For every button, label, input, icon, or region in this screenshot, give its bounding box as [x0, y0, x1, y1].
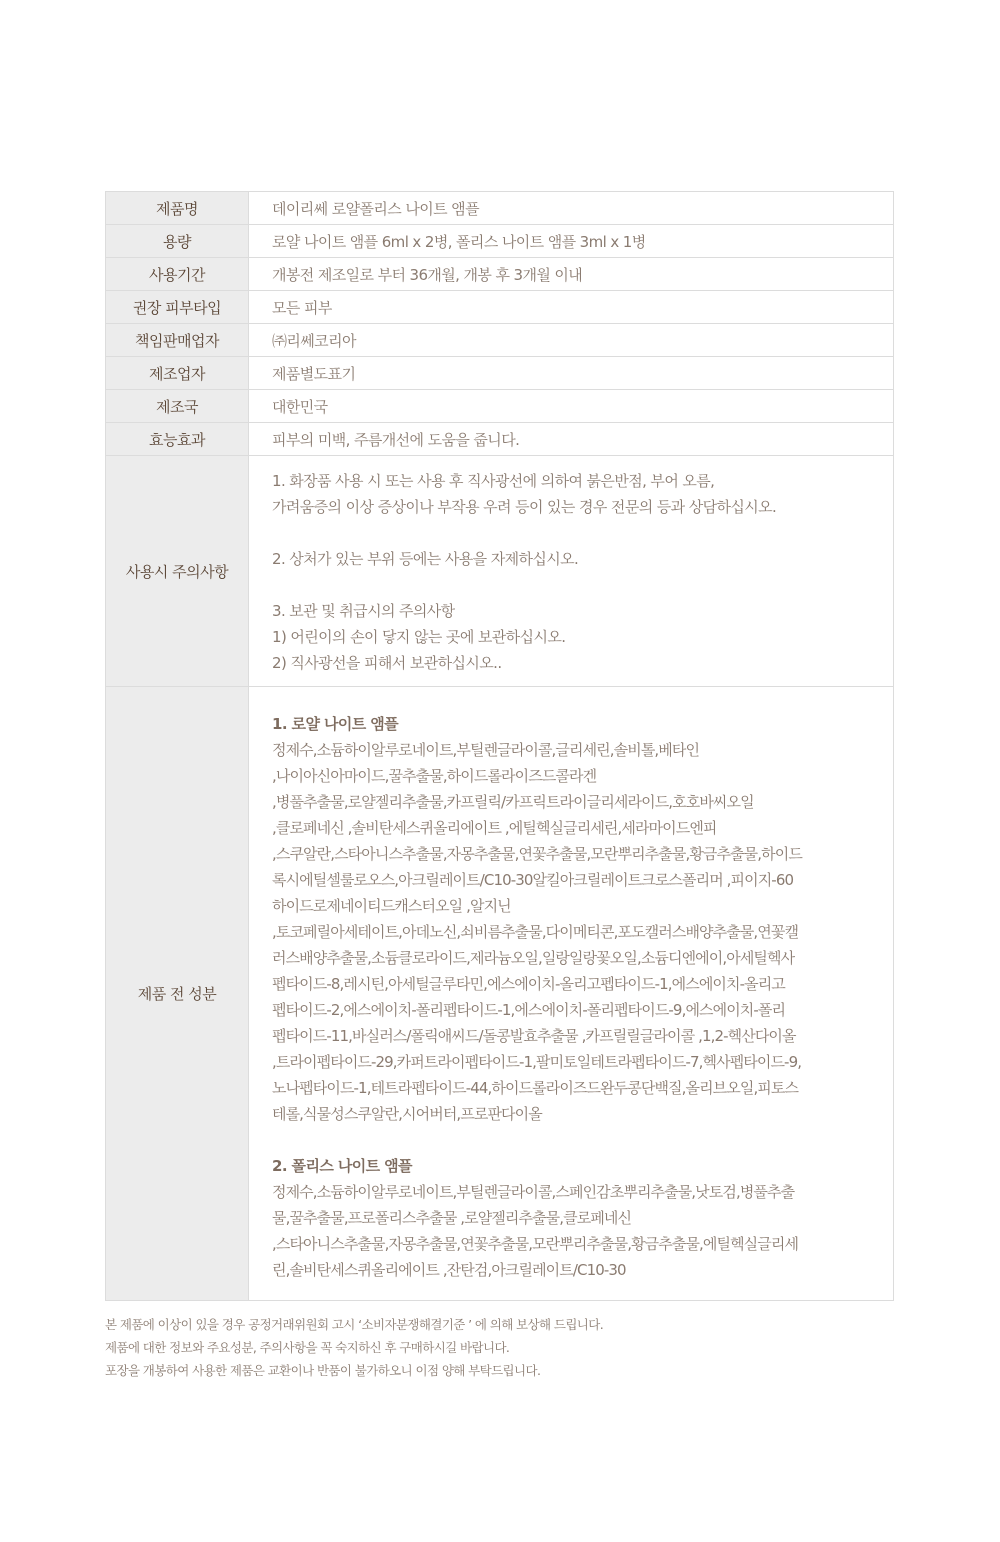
value-usage-period: 개봉전 제조일로 부터 36개월, 개봉 후 3개월 이내 — [249, 258, 894, 291]
label-country: 제조국 — [106, 390, 249, 423]
label-usage-period: 사용기간 — [106, 258, 249, 291]
notice-line-read-info: 제품에 대한 정보와 주요성분, 주의사항을 꼭 숙지하신 후 구매하시길 바랍… — [105, 1336, 603, 1359]
value-skin-type: 모든 피부 — [249, 291, 894, 324]
row-ingredients: 제품 전 성분 1. 로얄 나이트 앰플 정제수,소듐하이알루로네이트,부틸렌글… — [106, 687, 894, 1301]
value-caution: 1. 화장품 사용 시 또는 사용 후 직사광선에 의하여 붉은반점, 부어 오… — [249, 456, 894, 687]
ingredient-line: ,트라이펩타이드-29,카퍼트라이펩타이드-1,팔미토일테트라펩타이드-7,헥사… — [272, 1049, 873, 1075]
ingredient-line: 펩타이드-11,바실러스/폴릭애씨드/돌콩발효추출물 ,카프릴릴글라이콜 ,1,… — [272, 1023, 873, 1049]
ingredient-line: 린,솔비탄세스퀴올리에이트 ,잔탄검,아크릴레이트/C10-30 — [272, 1257, 873, 1283]
ingredient-line: 물,꿀추출물,프로폴리스추출물 ,로얄젤리추출물,클로페네신 — [272, 1205, 873, 1231]
ingredient-line: 정제수,소듐하이알루로네이트,부틸렌글라이콜,스페인감초뿌리추출물,낫토검,병풀… — [272, 1179, 873, 1205]
notice-line-compensation: 본 제품에 이상이 있을 경우 공정거래위원회 고시 ‘소비자분쟁해결기준 ’ … — [105, 1313, 603, 1336]
caution-item-3-sub-2: 2) 직사광선을 피해서 보관하십시오.. — [272, 650, 893, 676]
ingredient-line: 노나펩타이드-1,테트라펩타이드-44,하이드롤라이즈드완두콩단백질,올리브오일… — [272, 1075, 873, 1101]
ingredient-line: 펩타이드-2,에스에이치-폴리펩타이드-1,에스에이치-폴리펩타이드-9,에스에… — [272, 997, 873, 1023]
label-ingredients: 제품 전 성분 — [106, 687, 249, 1301]
value-efficacy: 피부의 미백, 주름개선에 도움을 줍니다. — [249, 423, 894, 456]
value-distributor: ㈜리쎄코리아 — [249, 324, 894, 357]
ingredient-line: ,클로페네신 ,솔비탄세스퀴올리에이트 ,에틸헥실글리세린,세라마이드엔피 — [272, 815, 873, 841]
label-manufacturer: 제조업자 — [106, 357, 249, 390]
ingredient-line: 러스배양추출물,소듐클로라이드,제라늄오일,일랑일랑꽃오일,소듐디엔에이,아세틸… — [272, 945, 873, 971]
label-capacity: 용량 — [106, 225, 249, 258]
value-product-name: 데이리쎄 로얄폴리스 나이트 앰플 — [249, 192, 894, 225]
row-efficacy: 효능효과 피부의 미백, 주름개선에 도움을 줍니다. — [106, 423, 894, 456]
caution-text: 1. 화장품 사용 시 또는 사용 후 직사광선에 의하여 붉은반점, 부어 오… — [272, 466, 893, 676]
value-country: 대한민국 — [249, 390, 894, 423]
caution-item-3-title: 3. 보관 및 취급시의 주의사항 — [272, 598, 893, 624]
caution-item-3-sub-1: 1) 어린이의 손이 닿지 않는 곳에 보관하십시오. — [272, 624, 893, 650]
product-2-title: 2. 폴리스 나이트 앰플 — [272, 1153, 873, 1179]
ingredient-line: 정제수,소듐하이알루로네이트,부틸렌글라이콜,글리세린,솔비톨,베타인 — [272, 737, 873, 763]
row-skin-type: 권장 피부타입 모든 피부 — [106, 291, 894, 324]
label-caution: 사용시 주의사항 — [106, 456, 249, 687]
product-1-title: 1. 로얄 나이트 앰플 — [272, 711, 873, 737]
product-1-ingredients: 정제수,소듐하이알루로네이트,부틸렌글라이콜,글리세린,솔비톨,베타인 ,나이아… — [272, 737, 873, 1127]
caution-item-1-line-2: 가려움증의 이상 증상이나 부작용 우려 등이 있는 경우 전문의 등과 상담하… — [272, 494, 893, 520]
ingredient-line: ,병풀추출물,로얄젤리추출물,카프릴릭/카프릭트라이글리세라이드,호호바씨오일 — [272, 789, 873, 815]
row-manufacturer: 제조업자 제품별도표기 — [106, 357, 894, 390]
ingredient-line: ,스쿠알란,스타아니스추출물,자몽추출물,연꽃추출물,모란뿌리추출물,황금추출물… — [272, 841, 873, 867]
value-manufacturer: 제품별도표기 — [249, 357, 894, 390]
row-usage-period: 사용기간 개봉전 제조일로 부터 36개월, 개봉 후 3개월 이내 — [106, 258, 894, 291]
row-country: 제조국 대한민국 — [106, 390, 894, 423]
product-2-ingredients: 정제수,소듐하이알루로네이트,부틸렌글라이콜,스페인감초뿌리추출물,낫토검,병풀… — [272, 1179, 873, 1283]
notice-line-no-return: 포장을 개봉하여 사용한 제품은 교환이나 반품이 불가하오니 이점 양해 부탁… — [105, 1359, 603, 1382]
label-efficacy: 효능효과 — [106, 423, 249, 456]
product-info-table: 제품명 데이리쎄 로얄폴리스 나이트 앰플 용량 로얄 나이트 앰플 6ml x… — [105, 191, 894, 1301]
label-distributor: 책임판매업자 — [106, 324, 249, 357]
label-skin-type: 권장 피부타입 — [106, 291, 249, 324]
ingredient-line: 테롤,식물성스쿠알란,시어버터,프로판다이올 — [272, 1101, 873, 1127]
ingredient-line: 록시에틸셀룰로오스,아크릴레이트/C10-30알킬아크릴레이트크로스폴리머 ,피… — [272, 867, 873, 893]
purchase-notice: 본 제품에 이상이 있을 경우 공정거래위원회 고시 ‘소비자분쟁해결기준 ’ … — [105, 1313, 603, 1382]
ingredient-line: ,토코페릴아세테이트,아데노신,쇠비름추출물,다이메티콘,포도캘러스배양추출물,… — [272, 919, 873, 945]
value-ingredients: 1. 로얄 나이트 앰플 정제수,소듐하이알루로네이트,부틸렌글라이콜,글리세린… — [249, 687, 894, 1301]
caution-item-2: 2. 상처가 있는 부위 등에는 사용을 자제하십시오. — [272, 546, 893, 572]
ingredient-line: ,나이아신아마이드,꿀추출물,하이드롤라이즈드콜라겐 — [272, 763, 873, 789]
row-distributor: 책임판매업자 ㈜리쎄코리아 — [106, 324, 894, 357]
row-capacity: 용량 로얄 나이트 앰플 6ml x 2병, 폴리스 나이트 앰플 3ml x … — [106, 225, 894, 258]
ingredient-line: 하이드로제네이티드캐스터오일 ,알지닌 — [272, 893, 873, 919]
row-product-name: 제품명 데이리쎄 로얄폴리스 나이트 앰플 — [106, 192, 894, 225]
caution-item-1-line-1: 1. 화장품 사용 시 또는 사용 후 직사광선에 의하여 붉은반점, 부어 오… — [272, 468, 893, 494]
ingredients-text: 1. 로얄 나이트 앰플 정제수,소듐하이알루로네이트,부틸렌글라이콜,글리세린… — [272, 704, 893, 1283]
row-caution: 사용시 주의사항 1. 화장품 사용 시 또는 사용 후 직사광선에 의하여 붉… — [106, 456, 894, 687]
label-product-name: 제품명 — [106, 192, 249, 225]
ingredient-line: 펩타이드-8,레시틴,아세틸글루타민,에스에이치-올리고펩타이드-1,에스에이치… — [272, 971, 873, 997]
ingredient-line: ,스타아니스추출물,자몽추출물,연꽃추출물,모란뿌리추출물,황금추출물,에틸헥실… — [272, 1231, 873, 1257]
value-capacity: 로얄 나이트 앰플 6ml x 2병, 폴리스 나이트 앰플 3ml x 1병 — [249, 225, 894, 258]
